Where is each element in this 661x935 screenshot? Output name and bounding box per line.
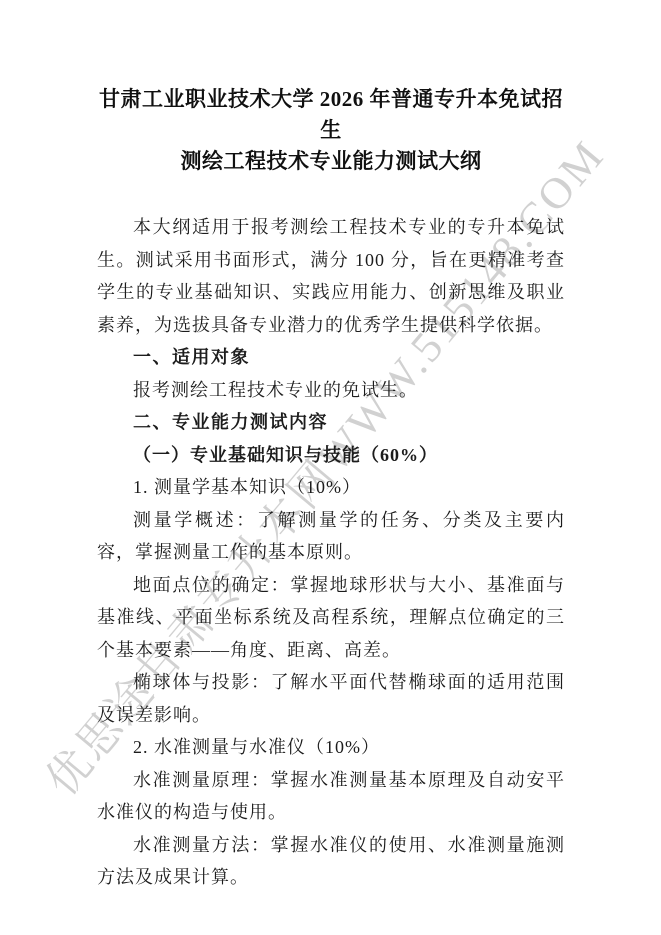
topic-2-title: 2. 水准测量与水准仪（10%） (97, 731, 565, 764)
topic-2-point-2: 水准测量方法：掌握水准仪的使用、水准测量施测方法及成果计算。 (97, 829, 565, 894)
section-2-heading: 二、专业能力测试内容 (97, 406, 565, 439)
topic-1-point-3: 椭球体与投影：了解水平面代替椭球面的适用范围及误差影响。 (97, 666, 565, 731)
section-1-paragraph: 报考测绘工程技术专业的免试生。 (97, 374, 565, 407)
topic-1-title: 1. 测量学基本知识（10%） (97, 471, 565, 504)
document-title-line-2: 测绘工程技术专业能力测试大纲 (97, 146, 565, 177)
topic-2-point-1: 水准测量原理：掌握水准测量基本原理及自动安平水准仪的构造与使用。 (97, 764, 565, 829)
document-page: 优思途甘肃专升本网WWW.515148.COM 甘肃工业职业技术大学 2026 … (0, 0, 661, 935)
subsection-1-heading: （一）专业基础知识与技能（60%） (97, 439, 565, 472)
document-content: 甘肃工业职业技术大学 2026 年普通专升本免试招生 测绘工程技术专业能力测试大… (97, 84, 565, 894)
document-title-line-1: 甘肃工业职业技术大学 2026 年普通专升本免试招生 (97, 84, 565, 146)
section-1-heading: 一、适用对象 (97, 341, 565, 374)
intro-paragraph: 本大纲适用于报考测绘工程技术专业的专升本免试生。测试采用书面形式，满分 100 … (97, 211, 565, 341)
topic-1-point-1: 测量学概述：了解测量学的任务、分类及主要内容，掌握测量工作的基本原则。 (97, 504, 565, 569)
topic-1-point-2: 地面点位的确定：掌握地球形状与大小、基准面与基准线、平面坐标系统及高程系统，理解… (97, 569, 565, 667)
